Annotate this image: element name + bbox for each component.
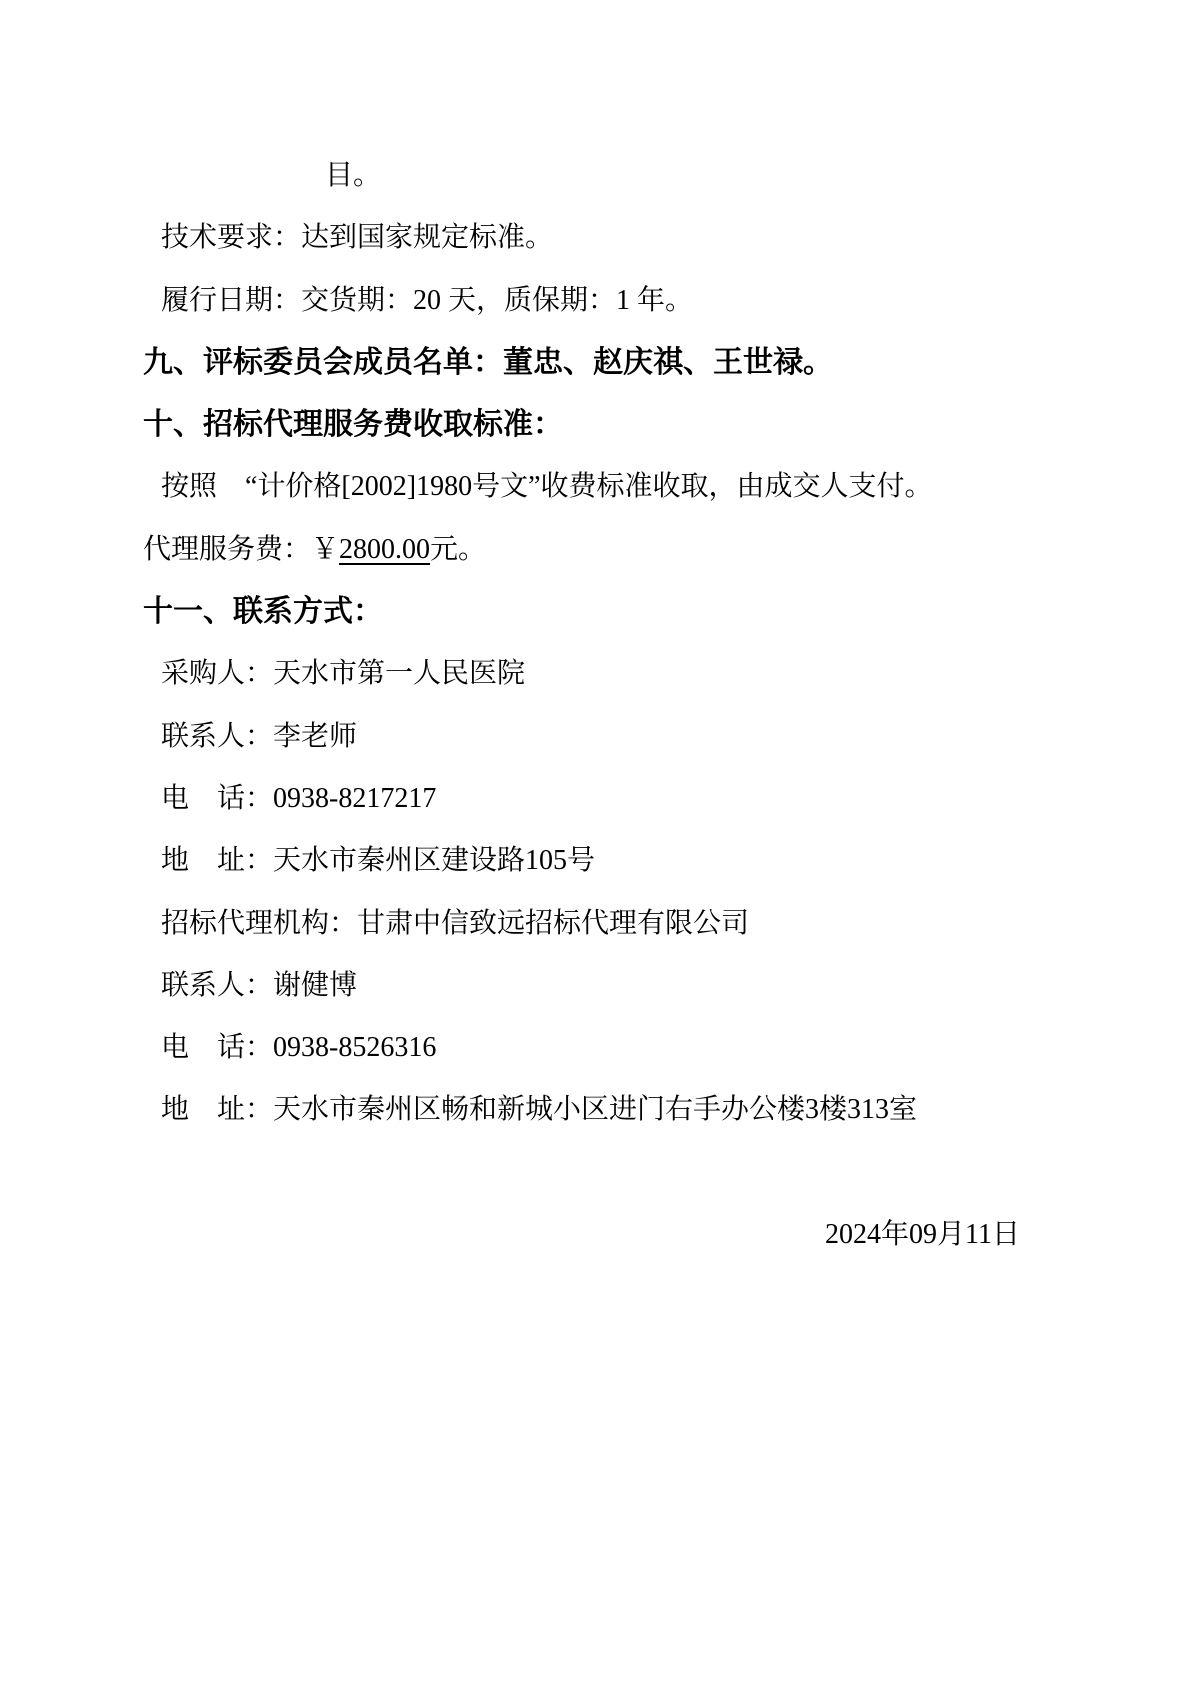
paragraph-purchaser-contact: 联系人：李老师 bbox=[161, 706, 1048, 768]
blank-line bbox=[143, 1142, 1048, 1204]
paragraph-agency-phone: 电 话：0938-8526316 bbox=[161, 1017, 1048, 1079]
paragraph-agency-name: 招标代理机构：甘肃中信致远招标代理有限公司 bbox=[161, 893, 1048, 955]
paragraph-purchaser-address: 地 址：天水市秦州区建设路105号 bbox=[161, 830, 1048, 892]
agency-fee-prefix: 代理服务费：￥ bbox=[143, 534, 339, 565]
paragraph-purchaser-phone: 电 话：0938-8217217 bbox=[161, 768, 1048, 830]
document-date: 2024年09月11日 bbox=[143, 1204, 1048, 1266]
paragraph-fee-basis: 按照 “计价格[2002]1980号文”收费标准收取，由成交人支付。 bbox=[161, 456, 1048, 518]
paragraph-agency-fee: 代理服务费：￥2800.00元。 bbox=[143, 519, 1048, 581]
paragraph-performance-date: 履行日期：交货期：20 天，质保期：1 年。 bbox=[161, 270, 1048, 332]
heading-agency-fee-standard: 十、招标代理服务费收取标准： bbox=[143, 394, 1048, 456]
document-page: 目。 技术要求：达到国家规定标准。 履行日期：交货期：20 天，质保期：1 年。… bbox=[0, 0, 1191, 1684]
paragraph-continuation: 目。 bbox=[325, 145, 1048, 207]
agency-fee-amount: 2800.00 bbox=[339, 534, 430, 565]
heading-contact-info: 十一、联系方式： bbox=[143, 581, 1048, 643]
paragraph-purchaser: 采购人：天水市第一人民医院 bbox=[161, 643, 1048, 705]
agency-fee-suffix: 元。 bbox=[430, 534, 486, 565]
paragraph-agency-address: 地 址：天水市秦州区畅和新城小区进门右手办公楼3楼313室 bbox=[161, 1079, 1048, 1141]
paragraph-technical-requirements: 技术要求：达到国家规定标准。 bbox=[161, 207, 1048, 269]
heading-evaluation-committee: 九、评标委员会成员名单：董忠、赵庆祺、王世禄。 bbox=[143, 332, 1048, 394]
paragraph-agency-contact: 联系人：谢健博 bbox=[161, 955, 1048, 1017]
